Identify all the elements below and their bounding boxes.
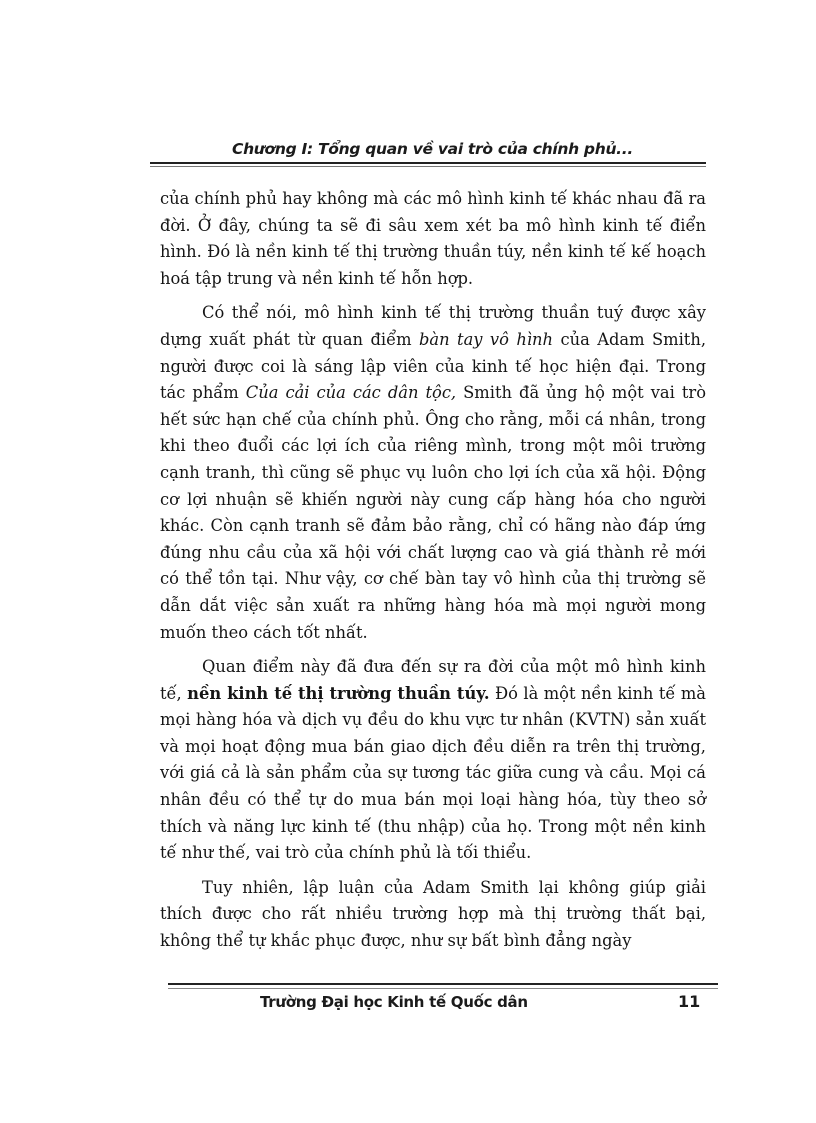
body-paragraph: Có thể nói, mô hình kinh tế thị trường t… bbox=[160, 300, 706, 646]
footer-rule-thin bbox=[168, 988, 718, 989]
running-footer-institution: Trường Đại học Kinh tế Quốc dân bbox=[260, 993, 528, 1011]
text-run: Tuy nhiên, lập luận của Adam Smith lại k… bbox=[160, 878, 706, 950]
bold-term: nền kinh tế thị trường thuần túy. bbox=[187, 684, 489, 703]
body-paragraph: của chính phủ hay không mà các mô hình k… bbox=[160, 186, 706, 292]
body-paragraph: Tuy nhiên, lập luận của Adam Smith lại k… bbox=[160, 875, 706, 955]
running-header-chapter-title: Chương I: Tổng quan về vai trò của chính… bbox=[232, 140, 633, 158]
body-text: của chính phủ hay không mà các mô hình k… bbox=[160, 186, 706, 963]
body-paragraph: Quan điểm này đã đưa đến sự ra đời của m… bbox=[160, 654, 706, 867]
header-rule-thin bbox=[150, 166, 706, 167]
italic-phrase: bàn tay vô hình bbox=[419, 330, 553, 349]
text-run: của chính phủ hay không mà các mô hình k… bbox=[160, 189, 706, 288]
text-run: Đó là một nền kinh tế mà mọi hàng hóa và… bbox=[160, 684, 706, 863]
header-rule bbox=[150, 162, 706, 164]
text-run: Smith đã ủng hộ một vai trò hết sức hạn … bbox=[160, 383, 706, 641]
page-number: 11 bbox=[678, 992, 700, 1011]
italic-phrase: Của cải của các dân tộc, bbox=[246, 383, 456, 402]
footer-rule bbox=[168, 983, 718, 985]
page-footer: Trường Đại học Kinh tế Quốc dân 11 bbox=[168, 980, 718, 1020]
page-header: Chương I: Tổng quan về vai trò của chính… bbox=[150, 138, 706, 166]
